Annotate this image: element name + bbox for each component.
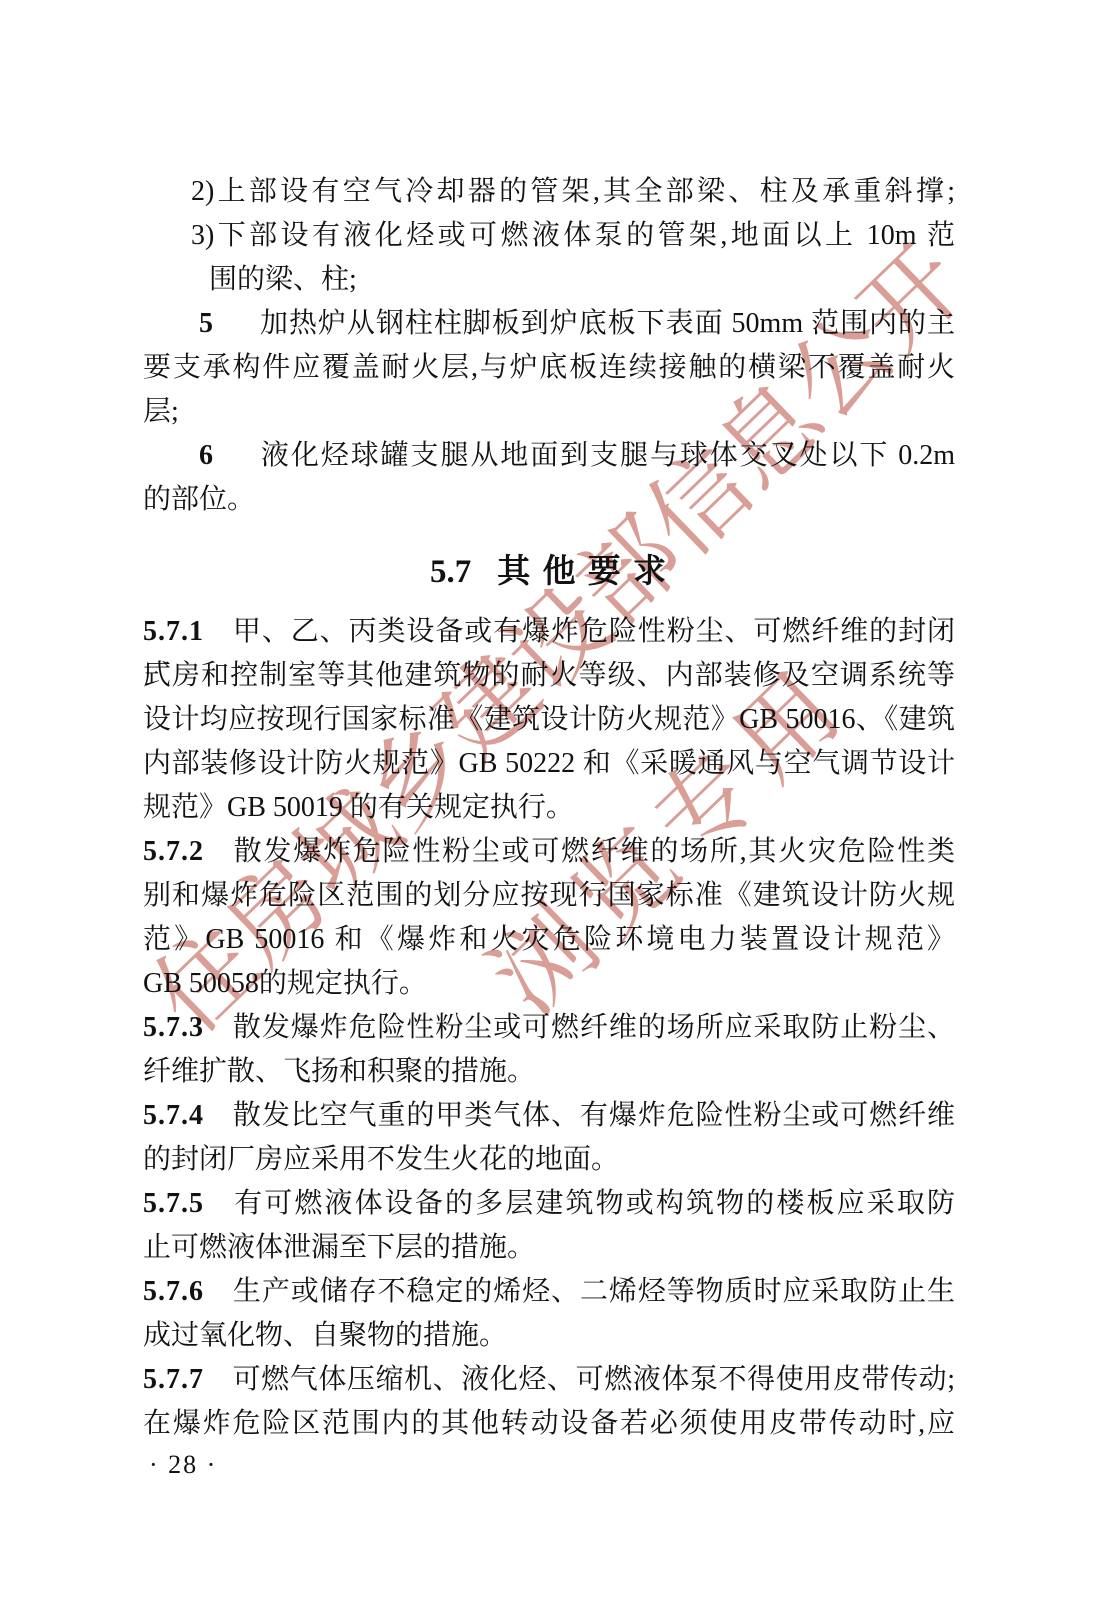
line-text: 可燃气体压缩机、液化烃、可燃液体泵不得使用皮带传动; [232, 1364, 955, 1395]
line-text: 止可燃液体泄漏至下层的措施。 [143, 1232, 535, 1263]
section-5-7-clause-lines: 5.7.1甲、乙、丙类设备或有爆炸危险性粉尘、可燃纤维的封闭式厂房和控制室等其他… [143, 610, 955, 1446]
text-line: 的封闭厂房应采用不发生火花的地面。 [143, 1138, 955, 1182]
line-text: 散发爆炸危险性粉尘或可燃纤维的场所应采取防止粉尘、 [232, 1012, 955, 1043]
text-line: 5.7.7可燃气体压缩机、液化烃、可燃液体泵不得使用皮带传动; [143, 1358, 955, 1402]
clause-number: 6 [199, 440, 213, 471]
line-text: 加热炉从钢柱柱脚板到炉底板下表面 50mm 范围内的主 [259, 308, 955, 339]
text-line: 6液化烃球罐支腿从地面到支腿与球体交叉处以下 0.2m [143, 434, 955, 478]
line-text: 范》GB 50016 和《爆炸和火灾危险环境电力装置设计规范》 [143, 924, 955, 955]
document-page: 住房城乡建设部信息公开 浏览专用 2)上部设有空气冷却器的管架,其全部梁、柱及承… [0, 0, 1102, 1598]
text-line: 5.7.4散发比空气重的甲类气体、有爆炸危险性粉尘或可燃纤维 [143, 1094, 955, 1138]
line-text: 规范》GB 50019 的有关规定执行。 [143, 792, 574, 823]
text-line: 内部装修设计防火规范》GB 50222 和《采暖通风与空气调节设计 [143, 742, 955, 786]
text-line: 在爆炸危险区范围内的其他转动设备若必须使用皮带传动时,应 [143, 1402, 955, 1446]
clause-number: 5.7.4 [143, 1100, 204, 1131]
line-text: 2)上部设有空气冷却器的管架,其全部梁、柱及承重斜撑; [191, 176, 955, 207]
line-text: 别和爆炸危险区范围的划分应按现行国家标准《建筑设计防火规 [143, 880, 955, 911]
text-line: 3)下部设有液化烃或可燃液体泵的管架,地面以上 10m 范 [143, 214, 955, 258]
page-number: · 28 · [143, 1450, 955, 1480]
clause-number: 5.7.5 [143, 1188, 204, 1219]
clause-number: 5.7.3 [143, 1012, 204, 1043]
line-text: 要支承构件应覆盖耐火层,与炉底板连续接触的横梁不覆盖耐火 [143, 352, 955, 383]
text-line: 5.7.3散发爆炸危险性粉尘或可燃纤维的场所应采取防止粉尘、 [143, 1006, 955, 1050]
text-line: 5.7.5有可燃液体设备的多层建筑物或构筑物的楼板应采取防 [143, 1182, 955, 1226]
text-line: 厂房和控制室等其他建筑物的耐火等级、内部装修及空调系统等 [143, 654, 955, 698]
clause-number: 5.7.1 [143, 616, 204, 647]
text-line: 别和爆炸危险区范围的划分应按现行国家标准《建筑设计防火规 [143, 874, 955, 918]
text-line: 设计均应按现行国家标准《建筑设计防火规范》GB 50016、《建筑 [143, 698, 955, 742]
clause-number: 5.7.7 [143, 1364, 204, 1395]
line-text: 散发比空气重的甲类气体、有爆炸危险性粉尘或可燃纤维 [232, 1100, 955, 1131]
section-heading-number: 5.7 [430, 554, 471, 590]
clause-number: 5.7.2 [143, 836, 204, 867]
line-text: 的封闭厂房应采用不发生火花的地面。 [143, 1144, 619, 1175]
text-line: 规范》GB 50019 的有关规定执行。 [143, 786, 955, 830]
line-text: 成过氧化物、自聚物的措施。 [143, 1320, 507, 1351]
line-text: 有可燃液体设备的多层建筑物或构筑物的楼板应采取防 [232, 1188, 955, 1219]
line-text: 的部位。 [143, 484, 255, 515]
line-text: GB 50058的规定执行。 [143, 968, 427, 999]
line-text: 生产或储存不稳定的烯烃、二烯烃等物质时应采取防止生 [232, 1276, 955, 1307]
line-text: 厂房和控制室等其他建筑物的耐火等级、内部装修及空调系统等 [143, 660, 955, 691]
text-line: 2)上部设有空气冷却器的管架,其全部梁、柱及承重斜撑; [143, 170, 955, 214]
text-line: 成过氧化物、自聚物的措施。 [143, 1314, 955, 1358]
section-heading-title: 其 他 要 求 [497, 554, 668, 590]
text-line: 层; [143, 390, 955, 434]
text-line: 的部位。 [143, 478, 955, 522]
section-heading: 5.7其 他 要 求 [143, 550, 955, 594]
line-text: 纤维扩散、飞扬和积聚的措施。 [143, 1056, 535, 1087]
text-line: 范》GB 50016 和《爆炸和火灾危险环境电力装置设计规范》 [143, 918, 955, 962]
text-line: 纤维扩散、飞扬和积聚的措施。 [143, 1050, 955, 1094]
text-line: GB 50058的规定执行。 [143, 962, 955, 1006]
line-text: 设计均应按现行国家标准《建筑设计防火规范》GB 50016、《建筑 [143, 704, 955, 735]
text-line: 要支承构件应覆盖耐火层,与炉底板连续接触的横梁不覆盖耐火 [143, 346, 955, 390]
line-text: 内部装修设计防火规范》GB 50222 和《采暖通风与空气调节设计 [143, 748, 955, 779]
document-body: 2)上部设有空气冷却器的管架,其全部梁、柱及承重斜撑;3)下部设有液化烃或可燃液… [143, 170, 955, 1480]
text-line: 止可燃液体泄漏至下层的措施。 [143, 1226, 955, 1270]
clause-number: 5.7.6 [143, 1276, 204, 1307]
line-text: 散发爆炸危险性粉尘或可燃纤维的场所,其火灾危险性类 [232, 836, 955, 867]
line-text: 液化烃球罐支腿从地面到支腿与球体交叉处以下 0.2m [259, 440, 955, 471]
text-line: 围的梁、柱; [143, 258, 955, 302]
clause-number: 5 [199, 308, 213, 339]
line-text: 层; [143, 396, 179, 427]
text-line: 5加热炉从钢柱柱脚板到炉底板下表面 50mm 范围内的主 [143, 302, 955, 346]
section-5-6-list-lines: 2)上部设有空气冷却器的管架,其全部梁、柱及承重斜撑;3)下部设有液化烃或可燃液… [143, 170, 955, 522]
line-text: 围的梁、柱; [209, 264, 357, 295]
text-line: 5.7.6生产或储存不稳定的烯烃、二烯烃等物质时应采取防止生 [143, 1270, 955, 1314]
line-text: 在爆炸危险区范围内的其他转动设备若必须使用皮带传动时,应 [143, 1408, 955, 1439]
line-text: 3)下部设有液化烃或可燃液体泵的管架,地面以上 10m 范 [191, 220, 955, 251]
text-line: 5.7.1甲、乙、丙类设备或有爆炸危险性粉尘、可燃纤维的封闭式 [143, 610, 955, 654]
text-line: 5.7.2散发爆炸危险性粉尘或可燃纤维的场所,其火灾危险性类 [143, 830, 955, 874]
